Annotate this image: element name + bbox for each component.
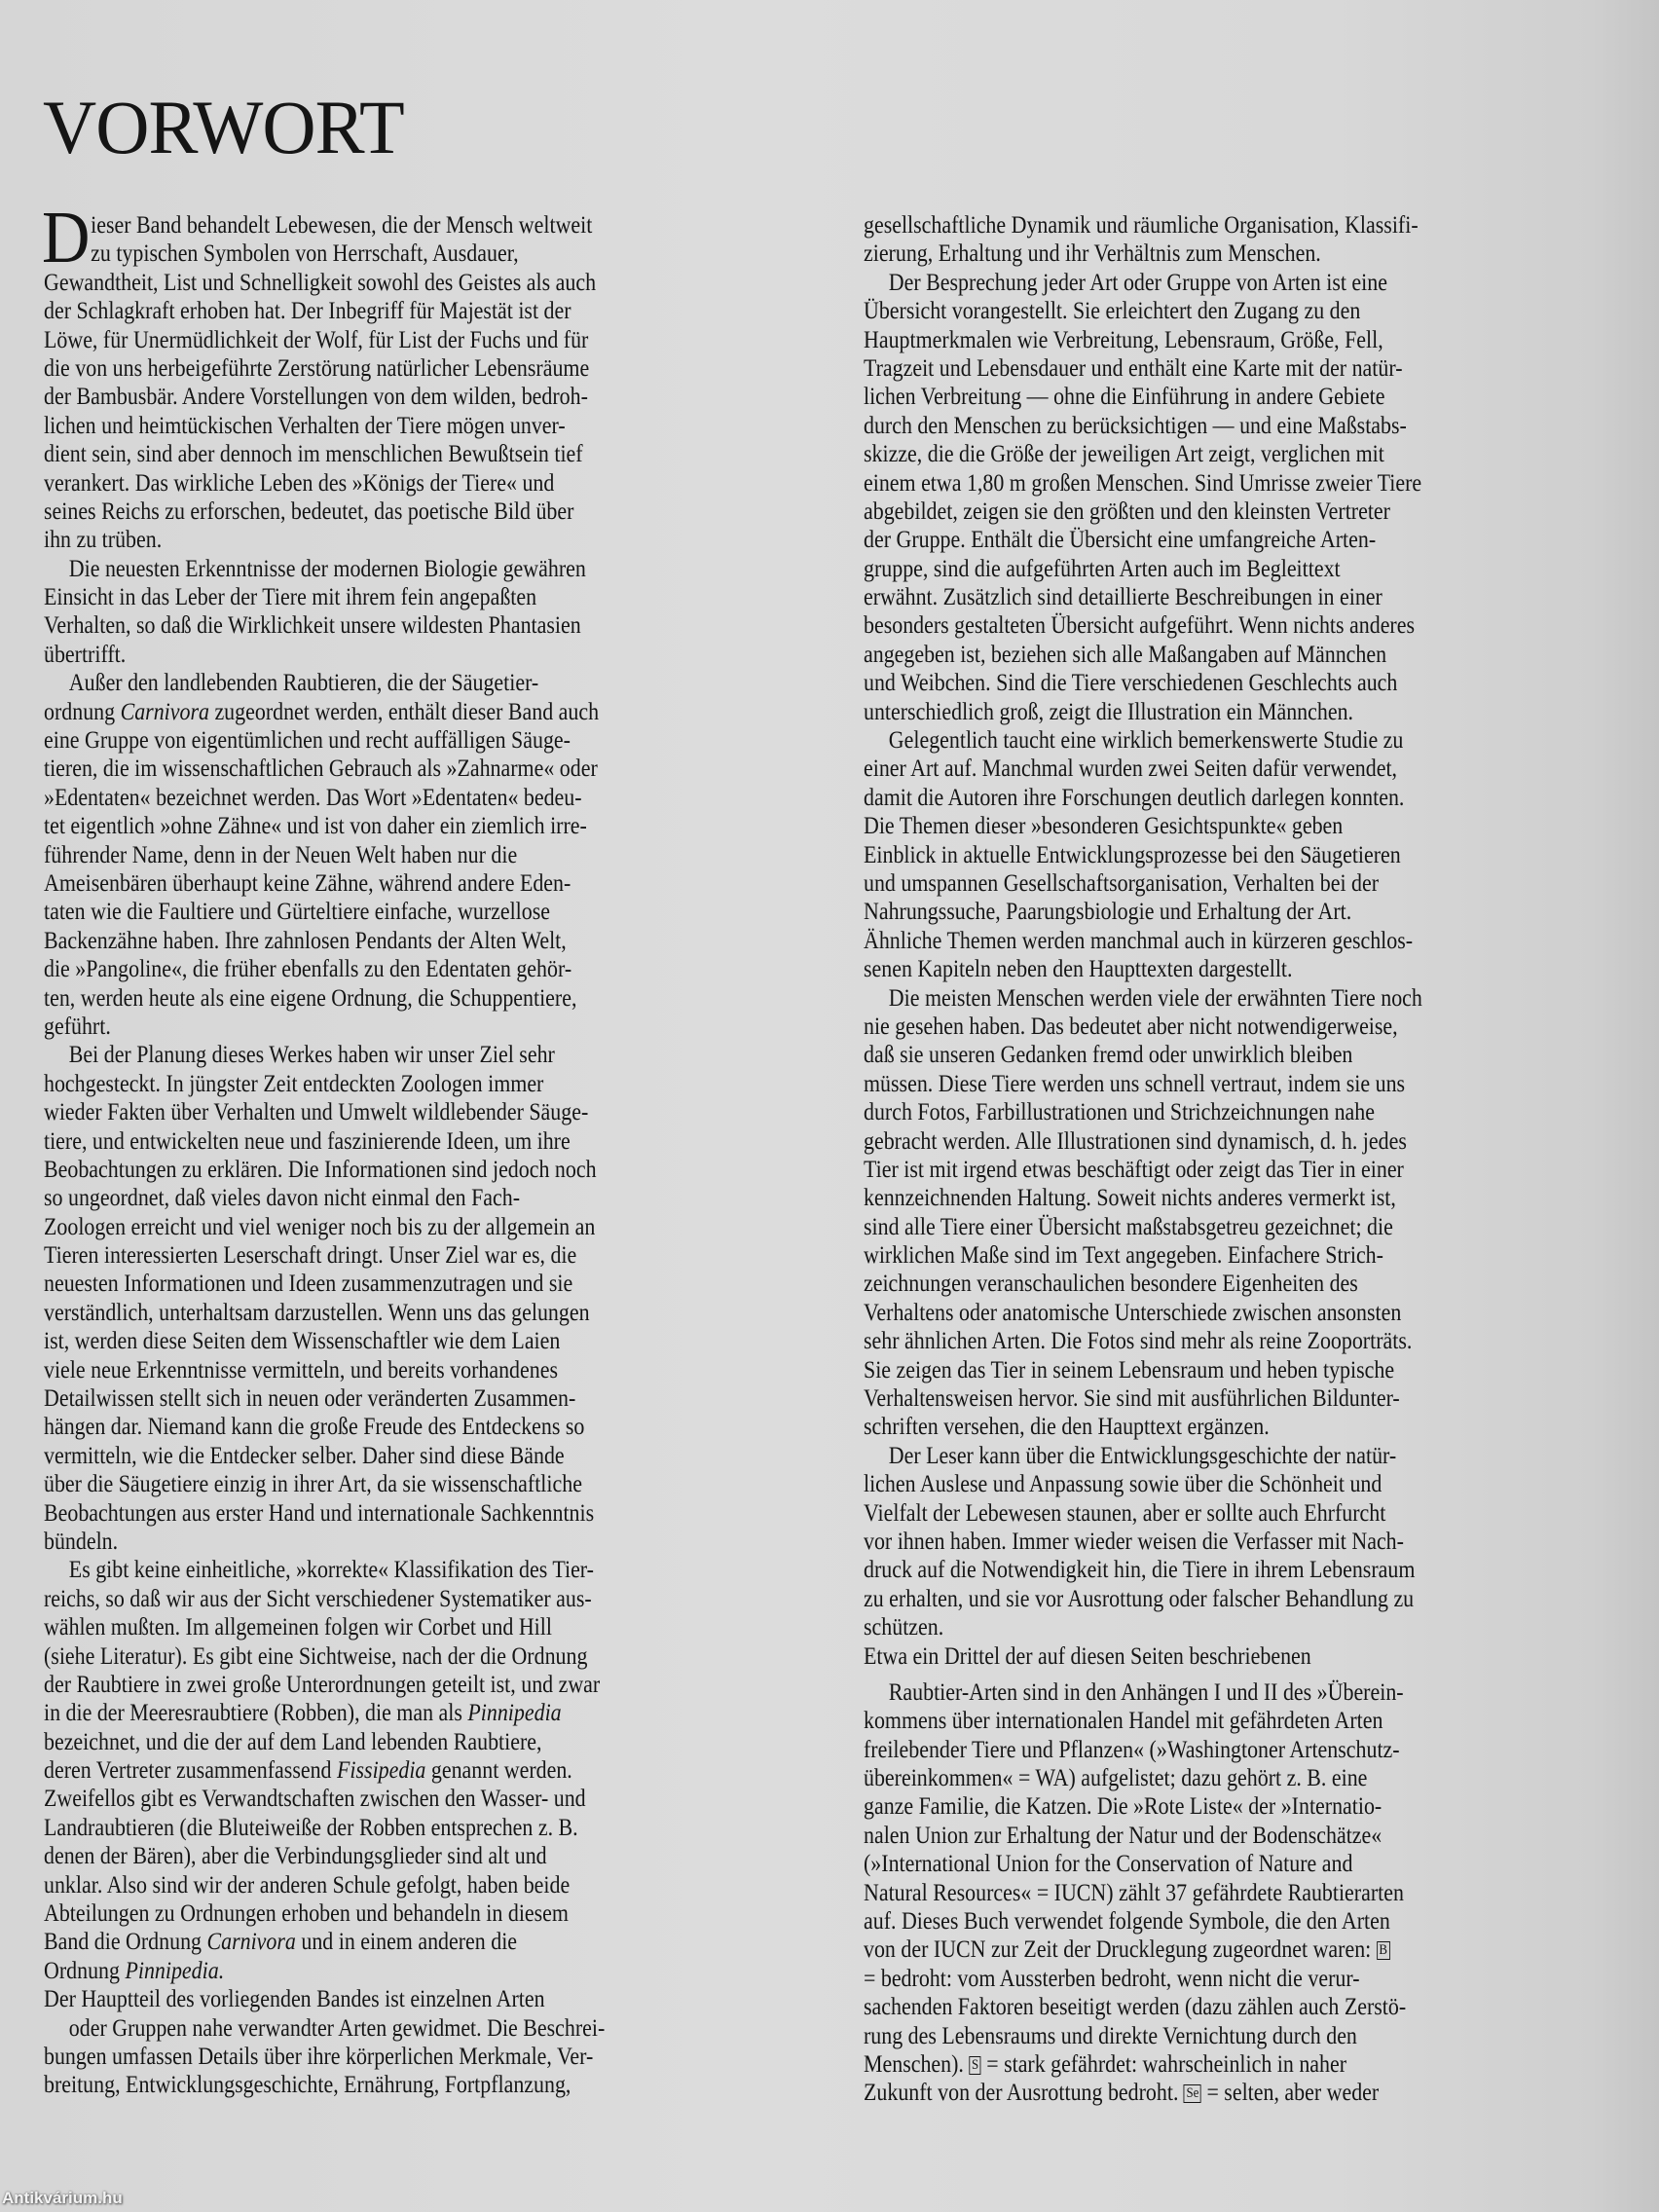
text-line: hochgesteckt. In jüngster Zeit entdeckte… — [44, 1069, 688, 1097]
text-line: der Gruppe. Enthält die Übersicht eine u… — [864, 525, 1517, 553]
text-line: sachenden Faktoren beseitigt werden (daz… — [864, 1992, 1517, 2020]
text-line: sehr ähnlichen Arten. Die Fotos sind meh… — [864, 1326, 1517, 1354]
text-line: Löwe, für Unermüdlichkeit der Wolf, für … — [44, 325, 688, 353]
text-line: ten, werden heute als eine eigene Ordnun… — [44, 983, 688, 1012]
text-line: lichen Verbreitung — ohne die Einführung… — [864, 382, 1517, 410]
text-line: kennzeichnenden Haltung. Soweit nichts a… — [864, 1183, 1517, 1211]
text-line: zierung, Erhaltung und ihr Verhältnis zu… — [864, 239, 1517, 267]
text-line: Landraubtieren (die Bluteiweiße der Robb… — [44, 1813, 688, 1841]
text-line: bezeichnet, und die der auf dem Land leb… — [44, 1727, 688, 1755]
text-line: Vielfalt der Lebewesen staunen, aber er … — [864, 1498, 1517, 1527]
text-line: Verhaltensweisen hervor. Sie sind mit au… — [864, 1383, 1517, 1412]
text-line: Backenzähne haben. Ihre zahnlosen Pendan… — [44, 926, 688, 954]
text-line: seines Reichs zu erforschen, bedeutet, d… — [44, 497, 688, 525]
text-line: Außer den landlebenden Raubtieren, die d… — [44, 668, 688, 696]
italic-term: Carnivora — [121, 697, 209, 725]
text-line: Verhaltens oder anatomische Unterschiede… — [864, 1298, 1517, 1326]
text-line: Die meisten Menschen werden viele der er… — [864, 983, 1517, 1012]
text-line: auf. Dieses Buch verwendet folgende Symb… — [864, 1906, 1517, 1935]
page-title: VORWORT — [43, 90, 404, 166]
text-line: besonders gestalteten Übersicht aufgefüh… — [864, 610, 1517, 639]
text-line: sind alle Tiere einer Übersicht maßstabs… — [864, 1212, 1517, 1240]
text-line: wählen mußten. Im allgemeinen folgen wir… — [44, 1612, 688, 1641]
text-line: lichen Auslese und Anpassung sowie über … — [864, 1469, 1517, 1497]
text-line: der Raubtiere in zwei große Unterordnung… — [44, 1670, 688, 1698]
text-line: nalen Union zur Erhaltung der Natur und … — [864, 1821, 1517, 1849]
text-line: druck auf die Notwendigkeit hin, die Tie… — [864, 1555, 1517, 1583]
text-line: abgebildet, zeigen sie den größten und d… — [864, 497, 1517, 525]
text-line: über die Säugetiere einzig in ihrer Art,… — [44, 1469, 688, 1497]
italic-term: Fissipedia — [337, 1755, 425, 1784]
italic-term: Pinnipedia — [467, 1698, 561, 1726]
text-line: »Edentaten« bezeichnet werden. Das Wort … — [44, 783, 688, 811]
text-line: Der Besprechung jeder Art oder Gruppe vo… — [864, 268, 1517, 296]
text-line: Der Hauptteil des vorliegenden Bandes is… — [44, 1984, 688, 2012]
text-line: gesellschaftliche Dynamik und räumliche … — [864, 210, 1517, 239]
text-line: eine Gruppe von eigentümlichen und recht… — [44, 725, 688, 754]
text-line: Zoologen erreicht und viel weniger noch … — [44, 1212, 688, 1240]
text-line: reichs, so daß wir aus der Sicht verschi… — [44, 1584, 688, 1612]
text-line: Einsicht in das Leber der Tiere mit ihre… — [44, 582, 688, 610]
text-line: Beobachtungen zu erklären. Die Informati… — [44, 1155, 688, 1183]
text-line: Tieren interessierten Leserschaft dringt… — [44, 1240, 688, 1269]
text-line: ist, werden diese Seiten dem Wissenschaf… — [44, 1326, 688, 1354]
text-line: tiere, und entwickelten neue und faszini… — [44, 1126, 688, 1155]
text-line: Detailwissen stellt sich in neuen oder v… — [44, 1383, 688, 1412]
iucn-symbol-icon: S — [969, 2056, 980, 2075]
text-line: verständlich, unterhaltsam darzustellen.… — [44, 1298, 688, 1326]
text-line: taten wie die Faultiere und Gürteltiere … — [44, 897, 688, 925]
text-line: (siehe Literatur). Es gibt eine Sichtwei… — [44, 1641, 688, 1670]
text-line: breitung, Entwicklungsgeschichte, Ernähr… — [44, 2070, 688, 2098]
text-line: einer Art auf. Manchmal wurden zwei Seit… — [864, 754, 1517, 782]
text-line: Ameisenbären überhaupt keine Zähne, währ… — [44, 868, 688, 897]
text-line: bündeln. — [44, 1527, 688, 1555]
iucn-symbol-icon: B — [1377, 1941, 1390, 1960]
text-line: wieder Fakten über Verhalten und Umwelt … — [44, 1097, 688, 1125]
text-line: schriften versehen, die den Haupttext er… — [864, 1412, 1517, 1440]
text-line: übertrifft. — [44, 640, 688, 668]
text-line: so ungeordnet, daß vieles davon nicht ei… — [44, 1183, 688, 1211]
text-line: dient sein, sind aber dennoch im menschl… — [44, 439, 688, 467]
italic-term: Pinnipedia. — [125, 1956, 224, 1984]
text-line: zu typischen Symbolen von Herrschaft, Au… — [44, 239, 688, 267]
text-line: gruppe, sind die aufgeführten Arten auch… — [864, 554, 1517, 582]
text-line: Die neuesten Erkenntnisse der modernen B… — [44, 554, 688, 582]
text-line: senen Kapiteln neben den Haupttexten dar… — [864, 954, 1517, 982]
text-line: Bei der Planung dieses Werkes haben wir … — [44, 1040, 688, 1068]
text-line: Ordnung Pinnipedia. — [44, 1956, 688, 1984]
text-line: rung des Lebensraums und direkte Vernich… — [864, 2021, 1517, 2049]
text-line: Abteilungen zu Ordnungen erhoben und beh… — [44, 1899, 688, 1927]
text-line: damit die Autoren ihre Forschungen deutl… — [864, 783, 1517, 811]
text-line: skizze, die die Größe der jeweiligen Art… — [864, 439, 1517, 467]
iucn-symbol-icon: Se — [1184, 2084, 1201, 2103]
text-line: Übersicht vorangestellt. Sie erleichtert… — [864, 296, 1517, 324]
text-line: angegeben ist, beziehen sich alle Maßang… — [864, 640, 1517, 668]
text-line: vermitteln, wie die Entdecker selber. Da… — [44, 1441, 688, 1469]
text-line: Die Themen dieser »besonderen Gesichtspu… — [864, 811, 1517, 839]
text-line: die von uns herbeigeführte Zerstörung na… — [44, 353, 688, 382]
text-line: durch Fotos, Farbillustrationen und Stri… — [864, 1097, 1517, 1125]
text-line: unterschiedlich groß, zeigt die Illustra… — [864, 697, 1517, 725]
text-line: Der Leser kann über die Entwicklungsgesc… — [864, 1441, 1517, 1469]
text-line: Gewandtheit, List und Schnelligkeit sowo… — [44, 268, 688, 296]
text-line: unklar. Also sind wir der anderen Schule… — [44, 1870, 688, 1899]
right-text-column: gesellschaftliche Dynamik und räumliche … — [864, 210, 1623, 2107]
text-line: Gelegentlich taucht eine wirklich bemerk… — [864, 725, 1517, 754]
text-line: verankert. Das wirkliche Leben des »Köni… — [44, 468, 688, 497]
italic-term: Carnivora — [206, 1927, 295, 1955]
text-line: daß sie unseren Gedanken fremd oder unwi… — [864, 1040, 1517, 1068]
text-line: Nahrungssuche, Paarungsbiologie und Erha… — [864, 897, 1517, 925]
text-line: vor ihnen haben. Immer wieder weisen die… — [864, 1527, 1517, 1555]
text-line: durch den Menschen zu berücksichtigen — … — [864, 411, 1517, 439]
text-line: Es gibt keine einheitliche, »korrekte« K… — [44, 1555, 688, 1583]
text-line: ieser Band behandelt Lebewesen, die der … — [44, 210, 688, 239]
text-line: nie gesehen haben. Das bedeutet aber nic… — [864, 1012, 1517, 1040]
text-line: Zukunft von der Ausrottung bedroht. Se =… — [864, 2078, 1517, 2106]
text-line: Einblick in aktuelle Entwicklungsprozess… — [864, 840, 1517, 868]
text-line: tieren, die im wissenschaftlichen Gebrau… — [44, 754, 688, 782]
text-line: übereinkommen« = WA) aufgelistet; dazu g… — [864, 1763, 1517, 1791]
text-line: neuesten Informationen und Ideen zusamme… — [44, 1269, 688, 1297]
text-line: von der IUCN zur Zeit der Drucklegung zu… — [864, 1935, 1517, 1963]
text-line: Tier ist mit irgend etwas beschäftigt od… — [864, 1155, 1517, 1183]
text-line: Raubtier-Arten sind in den Anhängen I un… — [864, 1677, 1517, 1706]
text-line: müssen. Diese Tiere werden uns schnell v… — [864, 1069, 1517, 1097]
watermark: Antikvárium.hu — [2, 2189, 123, 2208]
text-line: Tragzeit und Lebensdauer und enthält ein… — [864, 353, 1517, 382]
text-line: freilebender Tiere und Pflanzen« (»Washi… — [864, 1735, 1517, 1763]
text-line: die »Pangoline«, die früher ebenfalls zu… — [44, 954, 688, 982]
text-line: (»International Union for the Conservati… — [864, 1849, 1517, 1877]
text-line: und Weibchen. Sind die Tiere verschieden… — [864, 668, 1517, 696]
text-line: wirklichen Maße sind im Text angegeben. … — [864, 1240, 1517, 1269]
text-line: geführt. — [44, 1012, 688, 1040]
text-line: Beobachtungen aus erster Hand und intern… — [44, 1498, 688, 1527]
text-line: deren Vertreter zusammenfassend Fissiped… — [44, 1755, 688, 1784]
text-line: kommens über internationalen Handel mit … — [864, 1706, 1517, 1734]
text-line: denen der Bären), aber die Verbindungsgl… — [44, 1841, 688, 1869]
text-line: Natural Resources« = IUCN) zählt 37 gefä… — [864, 1878, 1517, 1906]
text-line: oder Gruppen nahe verwandter Arten gewid… — [44, 2013, 688, 2042]
text-line: gebracht werden. Alle Illustrationen sin… — [864, 1126, 1517, 1155]
text-line: schützen. — [864, 1612, 1517, 1641]
text-line: viele neue Erkenntnisse vermitteln, und … — [44, 1355, 688, 1383]
text-line: führender Name, denn in der Neuen Welt h… — [44, 840, 688, 868]
text-line: Sie zeigen das Tier in seinem Lebensraum… — [864, 1355, 1517, 1383]
text-line: Etwa ein Drittel der auf diesen Seiten b… — [864, 1641, 1517, 1670]
text-line: Menschen). S = stark gefährdet: wahrsche… — [864, 2049, 1517, 2078]
text-line: der Bambusbär. Andere Vorstellungen von … — [44, 382, 688, 410]
text-line: zu erhalten, und sie vor Ausrottung oder… — [864, 1584, 1517, 1612]
text-line: ordnung Carnivora zugeordnet werden, ent… — [44, 697, 688, 725]
text-line: in die der Meeresraubtiere (Robben), die… — [44, 1698, 688, 1726]
text-line: Ähnliche Themen werden manchmal auch in … — [864, 926, 1517, 954]
text-line: einem etwa 1,80 m großen Menschen. Sind … — [864, 468, 1517, 497]
text-line: Zweifellos gibt es Verwandtschaften zwis… — [44, 1784, 688, 1812]
text-line: und umspannen Gesellschaftsorganisation,… — [864, 868, 1517, 897]
text-line: Verhalten, so daß die Wirklichkeit unser… — [44, 610, 688, 639]
text-line: bungen umfassen Details über ihre körper… — [44, 2042, 688, 2070]
text-line: der Schlagkraft erhoben hat. Der Inbegri… — [44, 296, 688, 324]
text-line: lichen und heimtückischen Verhalten der … — [44, 411, 688, 439]
text-line: erwähnt. Zusätzlich sind detaillierte Be… — [864, 582, 1517, 610]
text-line: tet eigentlich »ohne Zähne« und ist von … — [44, 811, 688, 839]
text-line: = bedroht: vom Aussterben bedroht, wenn … — [864, 1964, 1517, 1992]
text-line: Hauptmerkmalen wie Verbreitung, Lebensra… — [864, 325, 1517, 353]
text-line: Band die Ordnung Carnivora und in einem … — [44, 1927, 688, 1955]
text-line: zeichnungen veranschaulichen besondere E… — [864, 1269, 1517, 1297]
left-text-column: Dieser Band behandelt Lebewesen, die der… — [44, 210, 793, 2099]
text-line: ihn zu trüben. — [44, 525, 688, 553]
text-line: hängen dar. Niemand kann die große Freud… — [44, 1412, 688, 1440]
text-line: ganze Familie, die Katzen. Die »Rote Lis… — [864, 1791, 1517, 1820]
